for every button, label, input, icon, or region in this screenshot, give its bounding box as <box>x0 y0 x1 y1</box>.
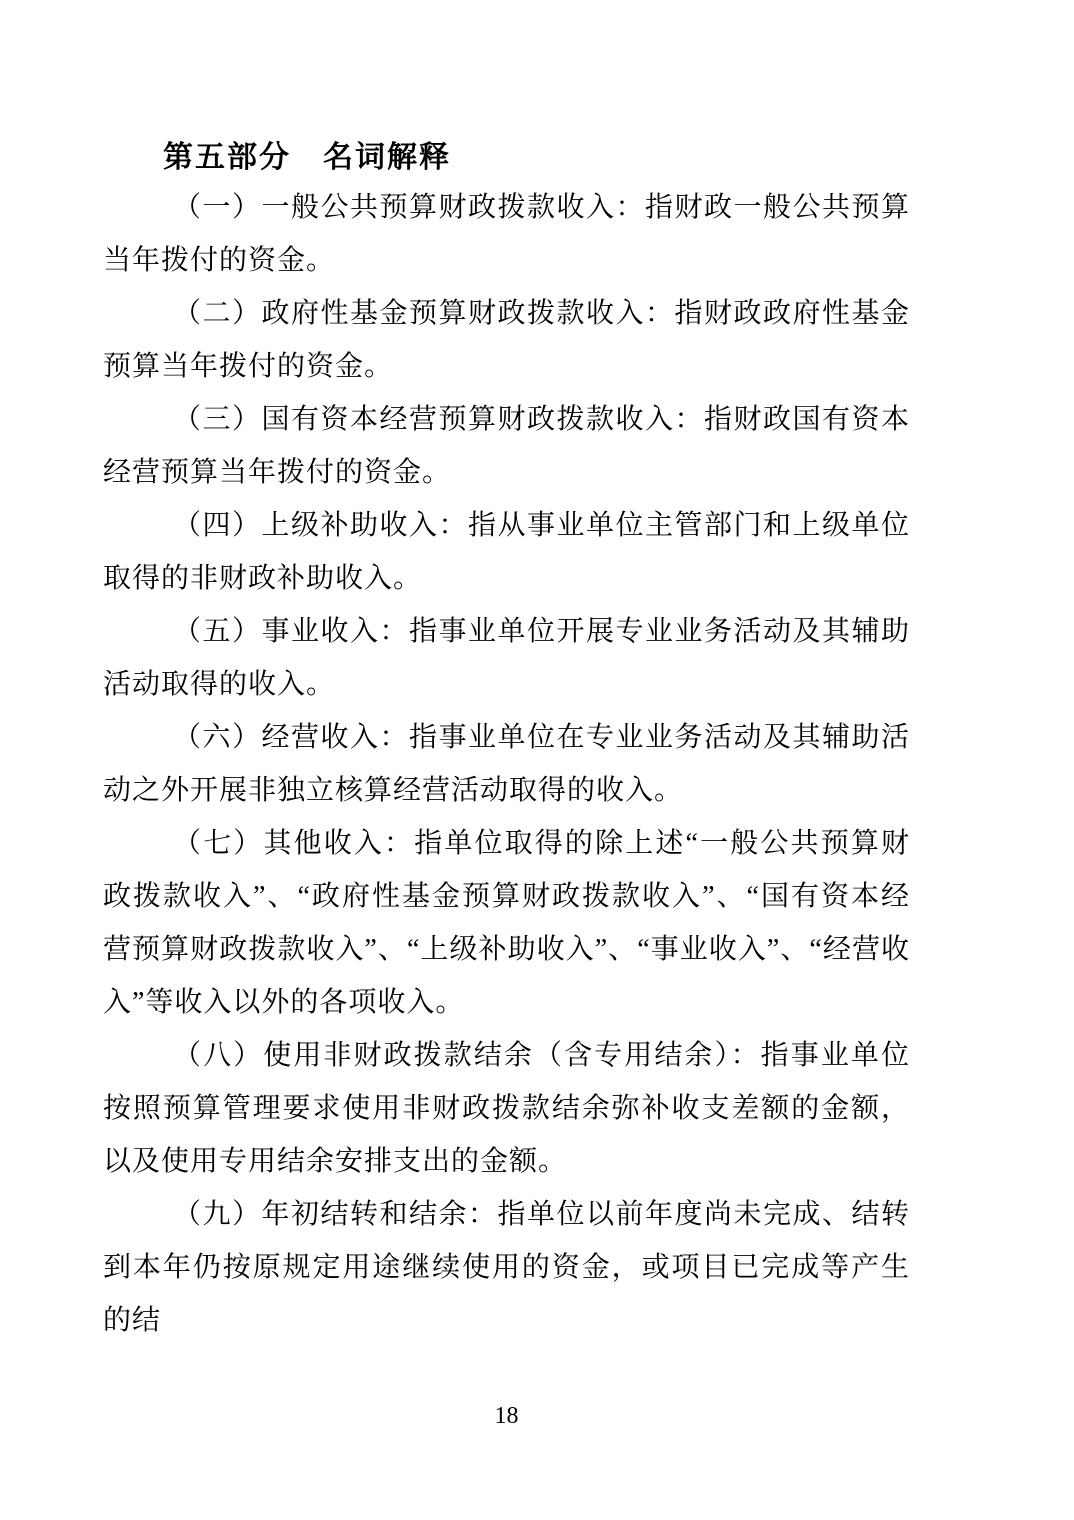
document-page: 第五部分 名词解释 （一）一般公共预算财政拨款收入：指财政一般公共预算当年拨付的… <box>0 0 1074 1520</box>
page-number: 18 <box>103 1402 910 1430</box>
paragraph-term-2: （二）政府性基金预算财政拨款收入：指财政政府性基金预算当年拨付的资金。 <box>103 287 910 393</box>
paragraph-term-9: （九）年初结转和结余：指单位以前年度尚未完成、结转到本年仍按原规定用途继续使用的… <box>103 1188 910 1347</box>
paragraph-term-8: （八）使用非财政拨款结余（含专用结余）：指事业单位按照预算管理要求使用非财政拨款… <box>103 1029 910 1188</box>
paragraph-term-3: （三）国有资本经营预算财政拨款收入：指财政国有资本经营预算当年拨付的资金。 <box>103 393 910 499</box>
paragraph-term-4: （四）上级补助收入：指从事业单位主管部门和上级单位取得的非财政补助收入。 <box>103 499 910 605</box>
paragraph-term-1: （一）一般公共预算财政拨款收入：指财政一般公共预算当年拨付的资金。 <box>103 181 910 287</box>
section-heading: 第五部分 名词解释 <box>163 135 910 181</box>
document-body: 第五部分 名词解释 （一）一般公共预算财政拨款收入：指财政一般公共预算当年拨付的… <box>103 135 910 1347</box>
paragraph-term-5: （五）事业收入：指事业单位开展专业业务活动及其辅助活动取得的收入。 <box>103 605 910 711</box>
paragraph-term-7: （七）其他收入：指单位取得的除上述“一般公共预算财政拨款收入”、“政府性基金预算… <box>103 817 910 1029</box>
paragraph-term-6: （六）经营收入：指事业单位在专业业务活动及其辅助活动之外开展非独立核算经营活动取… <box>103 711 910 817</box>
